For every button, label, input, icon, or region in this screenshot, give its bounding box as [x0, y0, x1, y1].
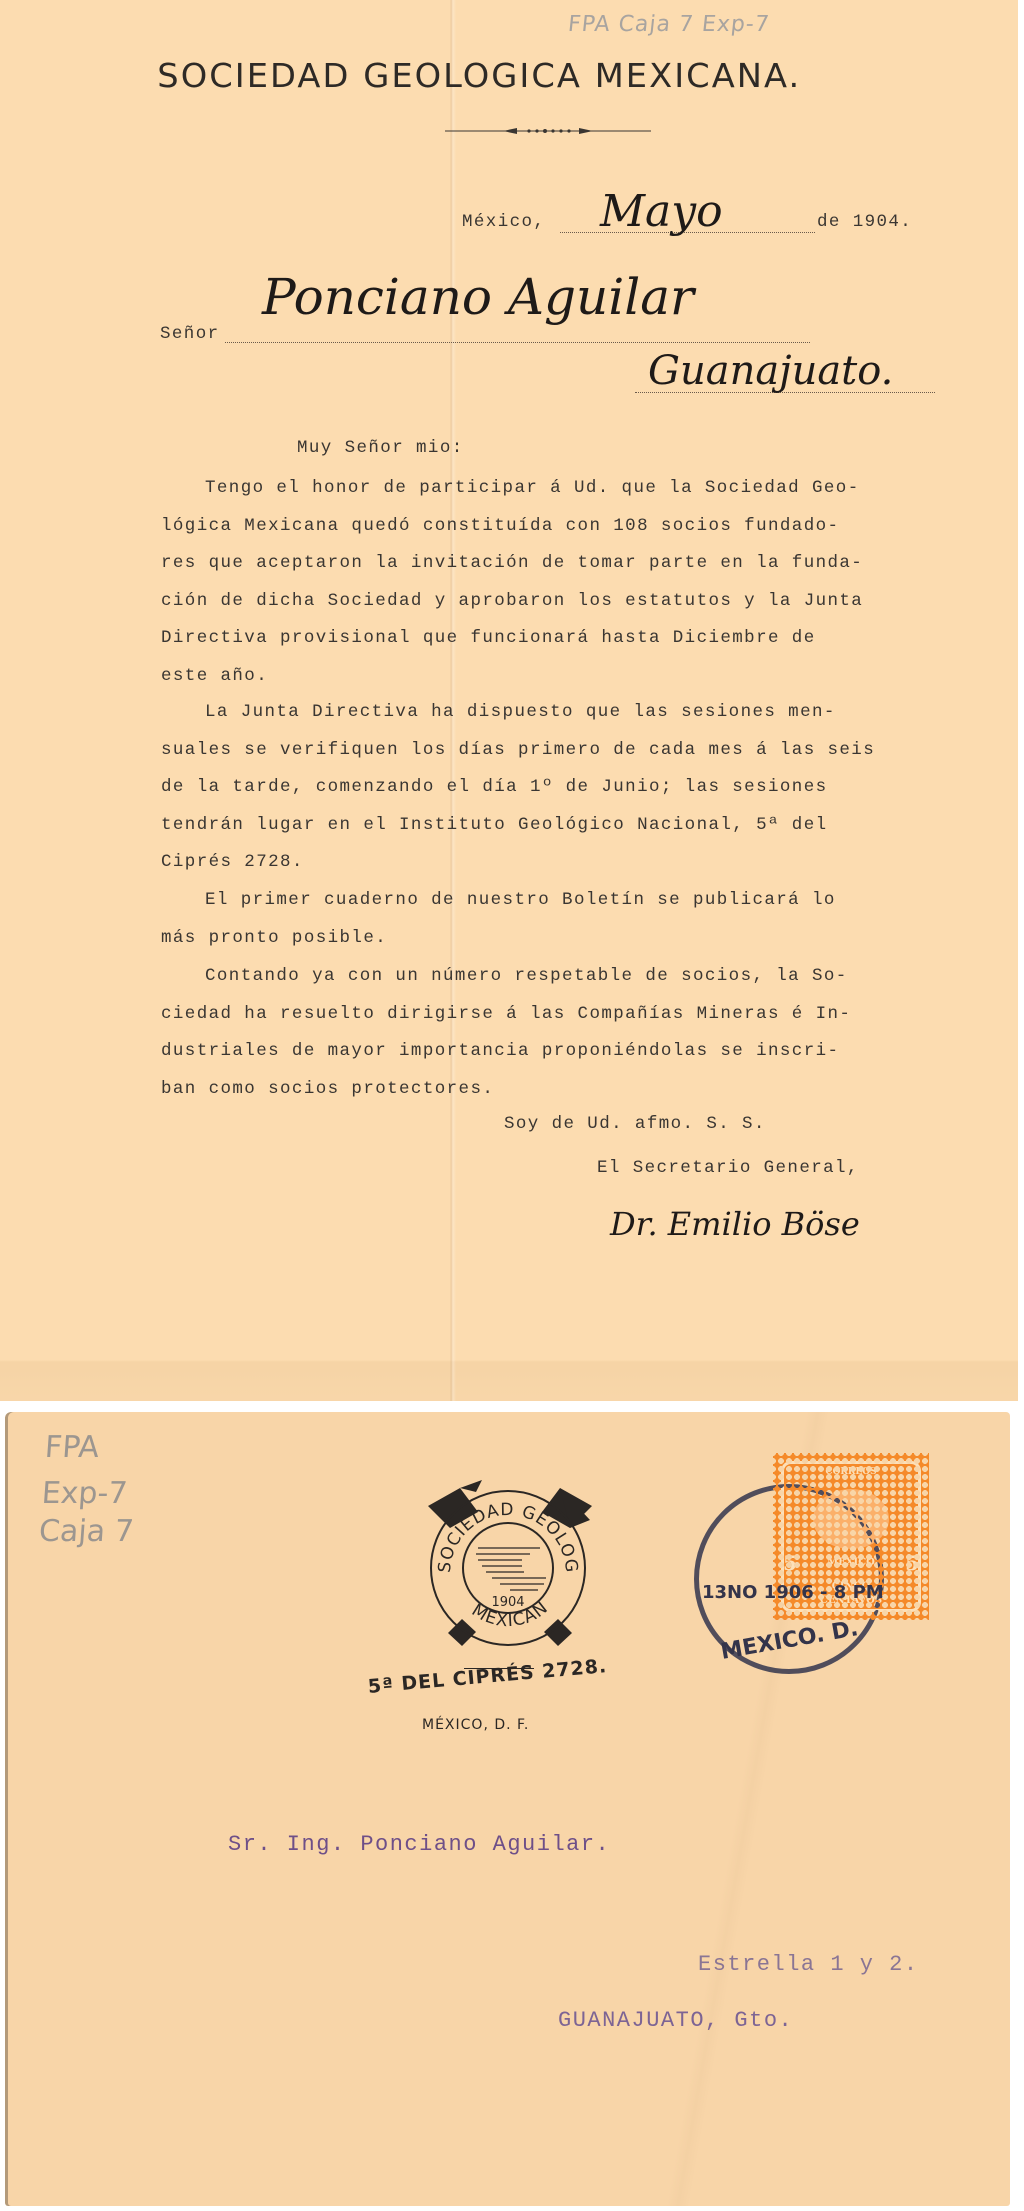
paragraph-line: Directiva provisional que funcionará has…: [161, 620, 941, 658]
letter-paragraph-1: Tengo el honor de participar á Ud. que l…: [161, 470, 941, 695]
postmark-date: 13NO 1906 - 8 PM: [702, 1582, 884, 1603]
letter-archive-note: FPA Caja 7 Exp-7: [567, 12, 771, 37]
paragraph-line: este año.: [161, 658, 941, 696]
svg-text:1904: 1904: [491, 1595, 524, 1610]
letterhead-ornament-divider: [445, 127, 651, 135]
archive-note-line: FPA: [44, 1430, 141, 1466]
mexico-map-icon: SOCIEDAD GEOLOGICA MEXICANA 1904: [420, 1478, 600, 1658]
paragraph-line: lógica Mexicana quedó constituída con 10…: [161, 508, 941, 546]
stamp-country: MEXICO: [773, 1557, 929, 1568]
paragraph-line: dustriales de mayor importancia proponié…: [161, 1033, 941, 1071]
recipient-salutation-label: Señor: [160, 324, 220, 344]
letter-closing: Soy de Ud. afmo. S. S.: [504, 1114, 766, 1134]
letter-paragraph-3: El primer cuaderno de nuestro Boletín se…: [161, 882, 941, 957]
signature-handwritten: Dr. Emilio Böse: [610, 1205, 860, 1243]
archive-note-line: Exp-7: [40, 1476, 137, 1512]
date-month-handwritten: Mayo: [600, 186, 723, 237]
addressee-name: Sr. Ing. Ponciano Aguilar.: [228, 1832, 610, 1857]
paragraph-line: más pronto posible.: [161, 920, 941, 958]
addressee-city: GUANAJUATO, Gto.: [558, 2008, 793, 2033]
signer-title: El Secretario General,: [597, 1158, 859, 1178]
date-year-label: de 1904.: [817, 212, 912, 232]
letter-paragraph-4: Contando ya con un número respetable de …: [161, 958, 941, 1108]
paragraph-line: ción de dicha Sociedad y aprobaron los e…: [161, 583, 941, 621]
letter-greeting: Muy Señor mio:: [297, 438, 464, 458]
society-seal: SOCIEDAD GEOLOGICA MEXICANA 1904: [420, 1478, 600, 1658]
paragraph-line: tendrán lugar en el Instituto Geológico …: [161, 807, 941, 845]
paragraph-line: de la tarde, comenzando el día 1º de Jun…: [161, 769, 941, 807]
paragraph-line: La Junta Directiva ha dispuesto que las …: [161, 694, 941, 732]
stamp-top-label: CORREOS: [773, 1467, 929, 1477]
eagle-emblem-icon: [813, 1489, 889, 1549]
paragraph-line: Contando ya con un número respetable de …: [161, 958, 941, 996]
date-city-label: México,: [462, 212, 545, 232]
recipient-name-handwritten: Ponciano Aguilar: [262, 268, 694, 326]
archive-note-line: Caja 7: [38, 1514, 135, 1550]
recipient-dotted-line: [225, 342, 810, 343]
paragraph-line: Ciprés 2728.: [161, 844, 941, 882]
letterhead-title: SOCIEDAD GEOLOGICA MEXICANA.: [157, 56, 942, 95]
paragraph-line: El primer cuaderno de nuestro Boletín se…: [161, 882, 941, 920]
return-address-city: MÉXICO, D. F.: [422, 1717, 529, 1733]
letter-paragraph-2: La Junta Directiva ha dispuesto que las …: [161, 694, 941, 882]
envelope-archive-note: FPA Exp-7 Caja 7: [38, 1430, 141, 1550]
addressee-street: Estrella 1 y 2.: [698, 1952, 919, 1977]
paragraph-line: suales se verifiquen los días primero de…: [161, 732, 941, 770]
recipient-city-handwritten: Guanajuato.: [648, 348, 893, 394]
paragraph-line: res que aceptaron la invitación de tomar…: [161, 545, 941, 583]
paragraph-line: Tengo el honor de participar á Ud. que l…: [161, 470, 941, 508]
paragraph-line: ban como socios protectores.: [161, 1071, 941, 1109]
paragraph-line: ciedad ha resuelto dirigirse á las Compa…: [161, 996, 941, 1034]
